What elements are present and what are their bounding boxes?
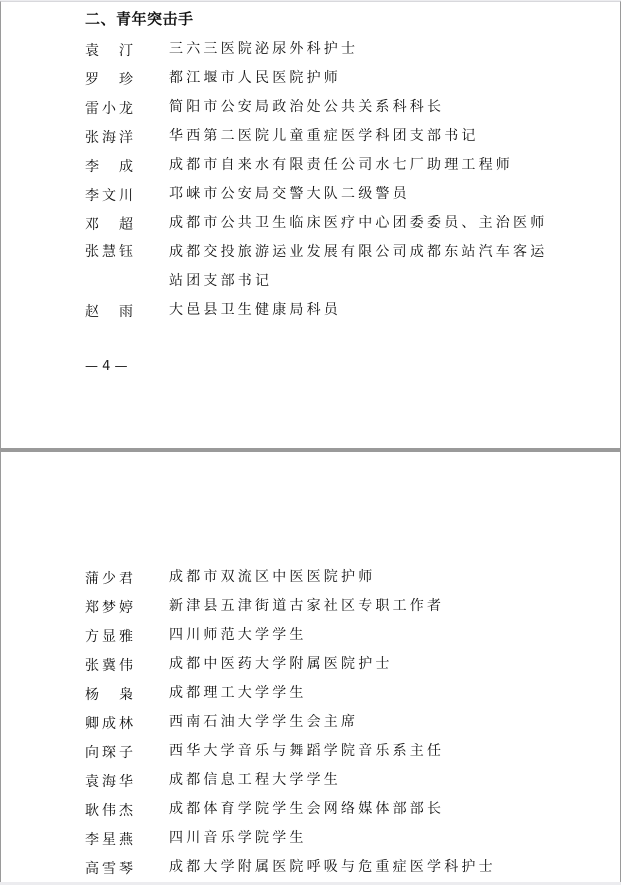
awardee-affiliation: 新津县五津街道古家社区专职工作者 bbox=[169, 592, 549, 621]
awardee-name: 李星燕 bbox=[85, 829, 169, 849]
list-item: 张海洋华西第二医院儿童重症医学科团支部书记 bbox=[85, 122, 549, 151]
awardee-list-bottom: 蒲少君成都市双流区中医医院护师 郑梦婷新津县五津街道古家社区专职工作者 方显雅四… bbox=[85, 563, 549, 882]
awardee-affiliation: 成都大学附属医院呼吸与危重症医学科护士 bbox=[169, 853, 549, 882]
list-item: 罗 珍都江堰市人民医院护师 bbox=[85, 64, 549, 93]
awardee-name: 向琛子 bbox=[85, 742, 169, 762]
awardee-list-top: 袁 汀三六三医院泌尿外科护士 罗 珍都江堰市人民医院护师 雷小龙简阳市公安局政治… bbox=[85, 35, 549, 325]
awardee-name: 邓 超 bbox=[85, 214, 169, 234]
awardee-name: 高雪琴 bbox=[85, 858, 169, 878]
awardee-affiliation: 成都体育学院学生会网络媒体部部长 bbox=[169, 795, 549, 824]
awardee-affiliation: 三六三医院泌尿外科护士 bbox=[169, 35, 549, 64]
awardee-affiliation: 简阳市公安局政治处公共关系科科长 bbox=[169, 93, 549, 122]
awardee-name: 赵 雨 bbox=[85, 301, 169, 321]
awardee-name: 李文川 bbox=[85, 185, 169, 205]
list-item: 杨 枭成都理工大学学生 bbox=[85, 679, 549, 708]
list-item: 蒲少君成都市双流区中医医院护师 bbox=[85, 563, 549, 592]
awardee-name: 耿伟杰 bbox=[85, 800, 169, 820]
document-page-4: 二、青年突击手 袁 汀三六三医院泌尿外科护士 罗 珍都江堰市人民医院护师 雷小龙… bbox=[0, 1, 621, 449]
awardee-name: 袁 汀 bbox=[85, 40, 169, 60]
page-number: — 4 — bbox=[85, 359, 128, 374]
awardee-name: 雷小龙 bbox=[85, 98, 169, 118]
list-item: 李星燕四川音乐学院学生 bbox=[85, 824, 549, 853]
list-item: 高雪琴成都大学附属医院呼吸与危重症医学科护士 bbox=[85, 853, 549, 882]
list-item: 雷小龙简阳市公安局政治处公共关系科科长 bbox=[85, 93, 549, 122]
awardee-name: 罗 珍 bbox=[85, 69, 169, 89]
document-page-5: 蒲少君成都市双流区中医医院护师 郑梦婷新津县五津街道古家社区专职工作者 方显雅四… bbox=[0, 452, 621, 882]
awardee-affiliation: 都江堰市人民医院护师 bbox=[169, 64, 549, 93]
awardee-affiliation: 四川音乐学院学生 bbox=[169, 824, 549, 853]
list-item: 耿伟杰成都体育学院学生会网络媒体部部长 bbox=[85, 795, 549, 824]
awardee-name: 袁海华 bbox=[85, 771, 169, 791]
awardee-affiliation: 大邑县卫生健康局科员 bbox=[169, 296, 549, 325]
list-item: 郑梦婷新津县五津街道古家社区专职工作者 bbox=[85, 592, 549, 621]
awardee-name: 张慧钰 bbox=[85, 238, 169, 267]
list-item: 方显雅四川师范大学学生 bbox=[85, 621, 549, 650]
awardee-affiliation: 成都交投旅游运业发展有限公司成都东站汽车客运站团支部书记 bbox=[169, 238, 549, 296]
list-item: 张慧钰成都交投旅游运业发展有限公司成都东站汽车客运站团支部书记 bbox=[85, 238, 549, 296]
awardee-name: 杨 枭 bbox=[85, 684, 169, 704]
awardee-affiliation: 成都理工大学学生 bbox=[169, 679, 549, 708]
awardee-name: 张海洋 bbox=[85, 127, 169, 147]
awardee-name: 张冀伟 bbox=[85, 655, 169, 675]
awardee-name: 李 成 bbox=[85, 156, 169, 176]
list-item: 张冀伟成都中医药大学附属医院护士 bbox=[85, 650, 549, 679]
section-heading: 二、青年突击手 bbox=[85, 8, 194, 29]
awardee-affiliation: 成都信息工程大学学生 bbox=[169, 766, 549, 795]
list-item: 邓 超成都市公共卫生临床医疗中心团委委员、主治医师 bbox=[85, 209, 549, 238]
awardee-name: 蒲少君 bbox=[85, 568, 169, 588]
awardee-name: 方显雅 bbox=[85, 626, 169, 646]
list-item: 袁 汀三六三医院泌尿外科护士 bbox=[85, 35, 549, 64]
awardee-affiliation: 成都市公共卫生临床医疗中心团委委员、主治医师 bbox=[169, 209, 549, 238]
awardee-affiliation: 邛崃市公安局交警大队二级警员 bbox=[169, 180, 549, 209]
awardee-affiliation: 西南石油大学学生会主席 bbox=[169, 708, 549, 737]
awardee-affiliation: 成都中医药大学附属医院护士 bbox=[169, 650, 549, 679]
list-item: 李文川邛崃市公安局交警大队二级警员 bbox=[85, 180, 549, 209]
list-item: 袁海华成都信息工程大学学生 bbox=[85, 766, 549, 795]
awardee-affiliation: 成都市双流区中医医院护师 bbox=[169, 563, 549, 592]
awardee-affiliation: 华西第二医院儿童重症医学科团支部书记 bbox=[169, 122, 549, 151]
awardee-affiliation: 西华大学音乐与舞蹈学院音乐系主任 bbox=[169, 737, 549, 766]
awardee-affiliation: 成都市自来水有限责任公司水七厂助理工程师 bbox=[169, 151, 549, 180]
list-item: 李 成成都市自来水有限责任公司水七厂助理工程师 bbox=[85, 151, 549, 180]
list-item: 赵 雨大邑县卫生健康局科员 bbox=[85, 296, 549, 325]
awardee-name: 卿成林 bbox=[85, 713, 169, 733]
list-item: 向琛子西华大学音乐与舞蹈学院音乐系主任 bbox=[85, 737, 549, 766]
awardee-name: 郑梦婷 bbox=[85, 597, 169, 617]
awardee-affiliation: 四川师范大学学生 bbox=[169, 621, 549, 650]
list-item: 卿成林西南石油大学学生会主席 bbox=[85, 708, 549, 737]
